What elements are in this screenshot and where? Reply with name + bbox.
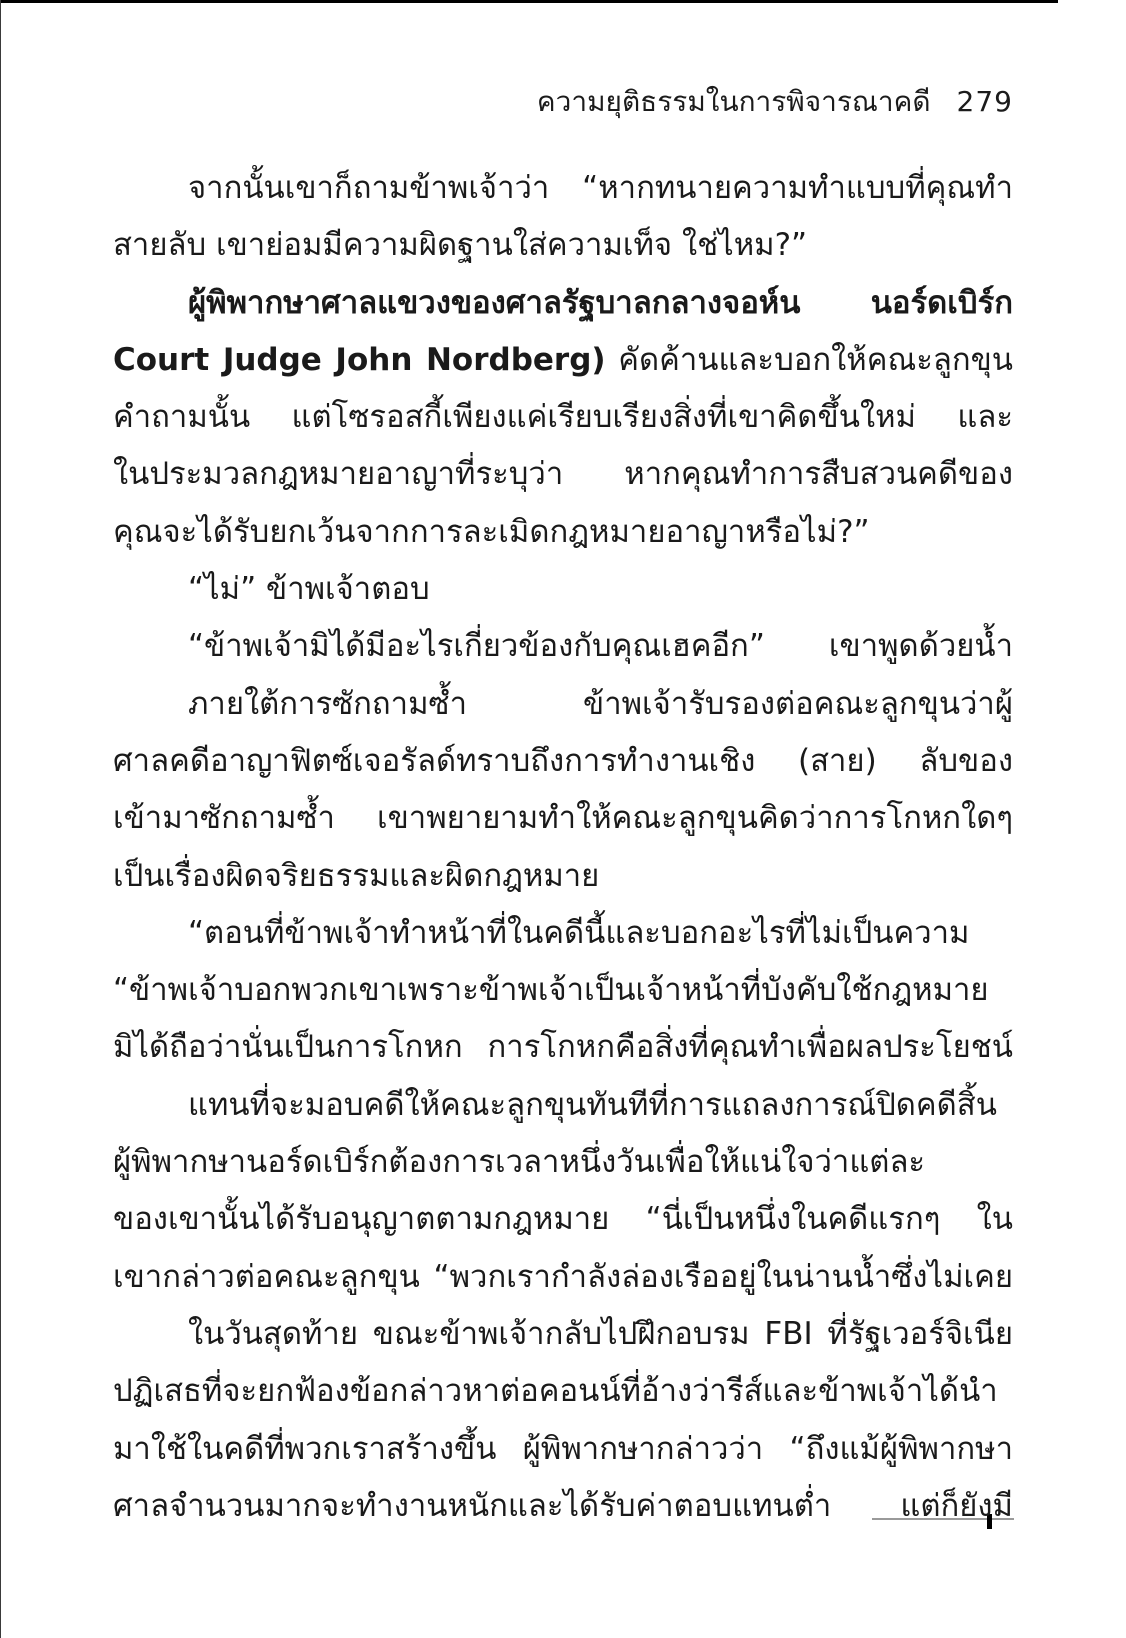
text-line: สายลับ เขาย่อมมีความผิดฐานใส่ความเท็จ ใช… [113,217,1013,274]
text-segment: เป็นเรื่องผิดจริยธรรมและผิดกฎหมาย [113,858,599,894]
scan-edge-top [0,0,1058,3]
scan-edge-left [0,0,1,1638]
bold-text-segment: ผู้พิพากษาศาลแขวงของศาลรัฐบาลกลางจอห์น น… [113,285,1013,332]
text-line: ศาลจำนวนมากจะทำงานหนักและได้รับค่าตอบแทน… [113,1478,1013,1535]
text-segment: “ตอนที่ข้าพเจ้าทำหน้าที่ในคดีนี้และบอกอะ… [113,915,1013,962]
running-header: ความยุติธรรมในการพิจารณาคดี 279 [113,84,1013,120]
text-segment: เข้ามาซักถามซ้ำ เขาพยายามทำให้คณะลูกขุนค… [113,800,1013,847]
text-line: มาใช้ในคดีที่พวกเราสร้างขึ้น ผู้พิพากษาก… [113,1421,1013,1478]
text-segment: ผู้พิพากษานอร์ดเบิร์กต้องการเวลาหนึ่งวัน… [113,1144,925,1191]
text-segment: เขากล่าวต่อคณะลูกขุน “พวกเรากำลังล่องเรื… [113,1259,1013,1306]
text-segment: มาใช้ในคดีที่พวกเราสร้างขึ้น ผู้พิพากษาก… [113,1431,1013,1478]
text-line: “ข้าพเจ้ามิได้มีอะไรเกี่ยวข้องกับคุณเฮคอ… [113,618,1013,675]
text-segment: “ข้าพเจ้ามิได้มีอะไรเกี่ยวข้องกับคุณเฮคอ… [113,628,1013,675]
text-line: แทนที่จะมอบคดีให้คณะลูกขุนทันทีที่การแถล… [113,1077,1013,1134]
text-line: “ข้าพเจ้าบอกพวกเขาเพราะข้าพเจ้าเป็นเจ้าห… [113,962,1013,1019]
text-line: คำถามนั้น แต่โซรอสกี้เพียงแค่เรียบเรียงส… [113,389,1013,446]
text-line: “ตอนที่ข้าพเจ้าทำหน้าที่ในคดีนี้และบอกอะ… [113,905,1013,962]
text-line: ในประมวลกฎหมายอาญาที่ระบุว่า หากคุณทำการ… [113,446,1013,503]
text-segment: “ไม่” ข้าพเจ้าตอบ [188,571,430,607]
text-line: ศาลคดีอาญาฟิตซ์เจอรัลด์ทราบถึงการทำงานเช… [113,733,1013,790]
text-segment: ศาลจำนวนมากจะทำงานหนักและได้รับค่าตอบแทน… [113,1488,1013,1535]
text-line: ผู้พิพากษาศาลแขวงของศาลรัฐบาลกลางจอห์น น… [113,275,1013,332]
text-line: มิได้ถือว่านั่นเป็นการโกหก การโกหกคือสิ่… [113,1019,1013,1076]
text-line: “ไม่” ข้าพเจ้าตอบ [113,561,1013,618]
text-segment: ของเขานั้นได้รับอนุญาตตามกฎหมาย “นี่เป็น… [113,1201,1013,1248]
text-line: ในวันสุดท้าย ขณะข้าพเจ้ากลับไปฝึกอบรม FB… [113,1306,1013,1363]
text-segment: แทนที่จะมอบคดีให้คณะลูกขุนทันทีที่การแถล… [113,1087,997,1134]
text-segment: คุณจะได้รับยกเว้นจากการละเมิดกฎหมายอาญาห… [113,514,870,550]
text-line: ภายใต้การซักถามซ้ำ ข้าพเจ้ารับรองต่อคณะล… [113,676,1013,733]
text-segment: ภายใต้การซักถามซ้ำ ข้าพเจ้ารับรองต่อคณะล… [113,686,1013,733]
text-segment: ปฏิเสธที่จะยกฟ้องข้อกล่าวหาต่อคอนน์ที่อ้… [113,1373,998,1420]
bold-text-segment: Court Judge John Nordberg) [113,342,606,378]
text-line: ปฏิเสธที่จะยกฟ้องข้อกล่าวหาต่อคอนน์ที่อ้… [113,1363,1013,1420]
text-segment: ศาลคดีอาญาฟิตซ์เจอรัลด์ทราบถึงการทำงานเช… [113,743,1013,790]
text-line: Court Judge John Nordberg) คัดค้านและบอก… [113,332,1013,389]
text-segment: คำถามนั้น แต่โซรอสกี้เพียงแค่เรียบเรียงส… [113,399,1013,446]
text-segment: ในวันสุดท้าย ขณะข้าพเจ้ากลับไปฝึกอบรม FB… [113,1316,1013,1363]
text-line: เข้ามาซักถามซ้ำ เขาพยายามทำให้คณะลูกขุนค… [113,790,1013,847]
text-line: เขากล่าวต่อคณะลูกขุน “พวกเรากำลังล่องเรื… [113,1249,1013,1306]
text-segment: “ข้าพเจ้าบอกพวกเขาเพราะข้าพเจ้าเป็นเจ้าห… [113,972,989,1019]
text-segment: มิได้ถือว่านั่นเป็นการโกหก การโกหกคือสิ่… [113,1029,1013,1076]
text-segment: จากนั้นเขาก็ถามข้าพเจ้าว่า “หากทนายความท… [113,170,1013,217]
text-line: ของเขานั้นได้รับอนุญาตตามกฎหมาย “นี่เป็น… [113,1191,1013,1248]
text-segment: สายลับ เขาย่อมมีความผิดฐานใส่ความเท็จ ใช… [113,227,807,263]
text-line: จากนั้นเขาก็ถามข้าพเจ้าว่า “หากทนายความท… [113,160,1013,217]
text-block: จากนั้นเขาก็ถามข้าพเจ้าว่า “หากทนายความท… [113,160,1013,1535]
text-line: เป็นเรื่องผิดจริยธรรมและผิดกฎหมาย [113,848,1013,905]
text-segment: ในประมวลกฎหมายอาญาที่ระบุว่า หากคุณทำการ… [113,456,1013,503]
book-page: ความยุติธรรมในการพิจารณาคดี 279 จากนั้นเ… [0,0,1126,1638]
text-line: ผู้พิพากษานอร์ดเบิร์กต้องการเวลาหนึ่งวัน… [113,1134,1013,1191]
text-line: คุณจะได้รับยกเว้นจากการละเมิดกฎหมายอาญาห… [113,504,1013,561]
chapter-title: ความยุติธรรมในการพิจารณาคดี [537,84,931,120]
page-number: 279 [957,84,1013,120]
